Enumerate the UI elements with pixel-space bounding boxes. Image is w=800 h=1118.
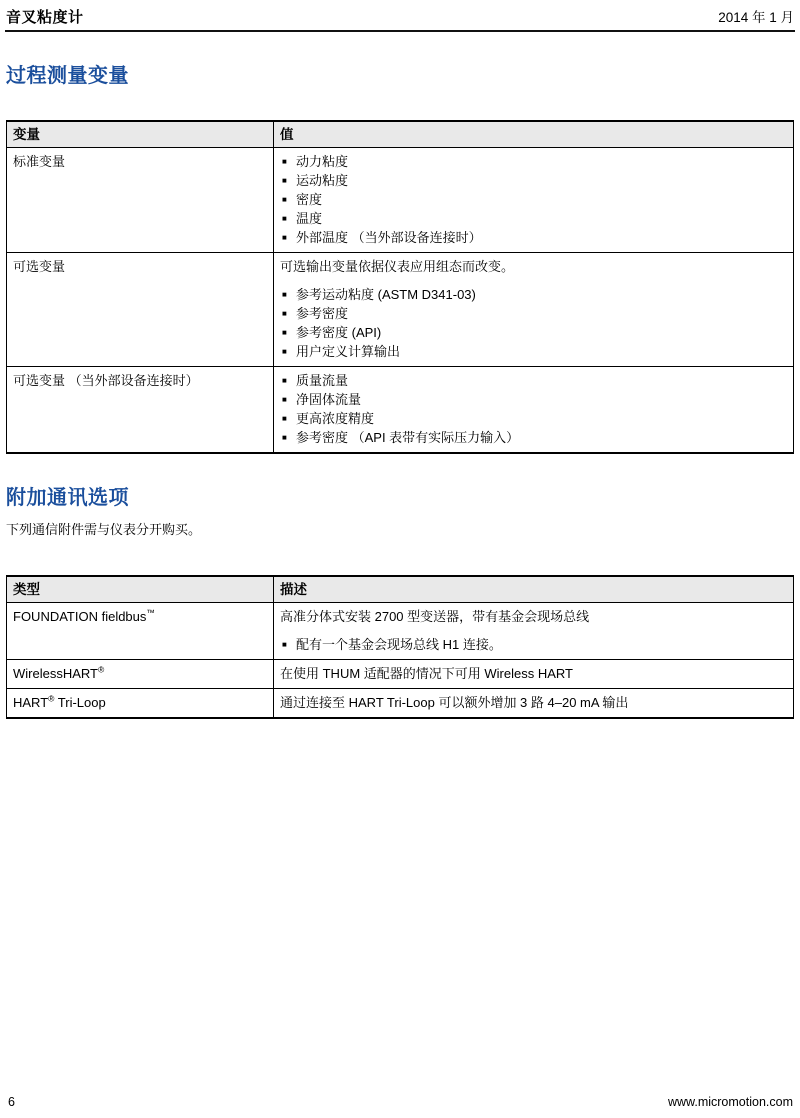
column-header-type: 类型: [7, 576, 274, 603]
bullet-square-icon: ■: [280, 409, 296, 428]
bullet-list: ■配有一个基金会现场总线 H1 连接。: [280, 635, 787, 654]
bullet-text: 动力粘度: [296, 152, 348, 171]
section-intro-text: 下列通信附件需与仪表分开购买。: [6, 519, 800, 538]
variable-cell: 可选变量: [7, 253, 274, 367]
bullet-item: ■质量流量: [280, 371, 787, 390]
value-intro-text: 可选输出变量依据仪表应用组态而改变。: [280, 257, 787, 276]
column-header-variable: 变量: [7, 121, 274, 148]
bullet-list: ■质量流量■净固体流量■更高浓度精度■参考密度 （API 表带有实际压力输入）: [280, 371, 787, 447]
document-date: 2014 年 1 月: [718, 6, 794, 26]
table-row: 标准变量 ■动力粘度■运动粘度■密度■温度■外部温度 （当外部设备连接时）: [7, 148, 794, 253]
bullet-text: 质量流量: [296, 371, 348, 390]
bullet-item: ■动力粘度: [280, 152, 787, 171]
bullet-square-icon: ■: [280, 635, 296, 654]
page-footer: 6 www.micromotion.com: [8, 1095, 793, 1109]
type-cell: WirelessHART®: [7, 660, 274, 689]
section-title-communication-options: 附加通讯选项: [6, 481, 800, 510]
bullet-square-icon: ■: [280, 152, 296, 171]
variable-cell: 可选变量 （当外部设备连接时）: [7, 367, 274, 454]
communication-options-table: 类型 描述 FOUNDATION fieldbus™ 高准分体式安装 2700 …: [6, 575, 794, 719]
bullet-item: ■用户定义计算输出: [280, 342, 787, 361]
table-row: WirelessHART® 在使用 THUM 适配器的情况下可用 Wireles…: [7, 660, 794, 689]
variable-cell: 标准变量: [7, 148, 274, 253]
bullet-text: 运动粘度: [296, 171, 348, 190]
bullet-text: 参考运动粘度 (ASTM D341-03): [296, 285, 476, 304]
description-cell: 在使用 THUM 适配器的情况下可用 Wireless HART: [274, 660, 794, 689]
bullet-item: ■参考密度: [280, 304, 787, 323]
bullet-text: 密度: [296, 190, 322, 209]
column-header-value: 值: [274, 121, 794, 148]
bullet-text: 更高浓度精度: [296, 409, 374, 428]
process-variables-table: 变量 值 标准变量 ■动力粘度■运动粘度■密度■温度■外部温度 （当外部设备连接…: [6, 120, 794, 454]
bullet-item: ■密度: [280, 190, 787, 209]
type-cell: HART® Tri-Loop: [7, 689, 274, 719]
page-number: 6: [8, 1095, 15, 1109]
bullet-square-icon: ■: [280, 285, 296, 304]
bullet-text: 净固体流量: [296, 390, 361, 409]
type-cell: FOUNDATION fieldbus™: [7, 603, 274, 660]
registered-icon: ®: [98, 665, 104, 675]
bullet-square-icon: ■: [280, 342, 296, 361]
trademark-icon: ™: [146, 608, 155, 618]
bullet-item: ■运动粘度: [280, 171, 787, 190]
description-cell: 高准分体式安装 2700 型变送器，带有基金会现场总线 ■配有一个基金会现场总线…: [274, 603, 794, 660]
table-row: FOUNDATION fieldbus™ 高准分体式安装 2700 型变送器，带…: [7, 603, 794, 660]
bullet-item: ■温度: [280, 209, 787, 228]
bullet-text: 参考密度 （API 表带有实际压力输入）: [296, 428, 519, 447]
table-row: 可选变量 可选输出变量依据仪表应用组态而改变。 ■参考运动粘度 (ASTM D3…: [7, 253, 794, 367]
bullet-item: ■参考密度 （API 表带有实际压力输入）: [280, 428, 787, 447]
bullet-square-icon: ■: [280, 428, 296, 447]
table-header-row: 变量 值: [7, 121, 794, 148]
bullet-item: ■净固体流量: [280, 390, 787, 409]
bullet-list: ■参考运动粘度 (ASTM D341-03)■参考密度■参考密度 (API)■用…: [280, 285, 787, 361]
bullet-item: ■更高浓度精度: [280, 409, 787, 428]
bullet-square-icon: ■: [280, 190, 296, 209]
bullet-square-icon: ■: [280, 171, 296, 190]
bullet-item: ■参考密度 (API): [280, 323, 787, 342]
bullet-text: 用户定义计算输出: [296, 342, 400, 361]
bullet-text: 参考密度: [296, 304, 348, 323]
bullet-item: ■参考运动粘度 (ASTM D341-03): [280, 285, 787, 304]
page-header: 音叉粘度计 2014 年 1 月: [5, 0, 795, 32]
bullet-text: 参考密度 (API): [296, 323, 381, 342]
footer-url-link[interactable]: www.micromotion.com: [668, 1095, 793, 1109]
value-cell: ■质量流量■净固体流量■更高浓度精度■参考密度 （API 表带有实际压力输入）: [274, 367, 794, 454]
bullet-list: ■动力粘度■运动粘度■密度■温度■外部温度 （当外部设备连接时）: [280, 152, 787, 247]
description-text: 高准分体式安装 2700 型变送器，带有基金会现场总线: [280, 607, 787, 626]
section-title-process-variables: 过程测量变量: [6, 59, 800, 88]
bullet-text: 配有一个基金会现场总线 H1 连接。: [296, 635, 502, 654]
bullet-text: 温度: [296, 209, 322, 228]
bullet-square-icon: ■: [280, 228, 296, 247]
bullet-item: ■配有一个基金会现场总线 H1 连接。: [280, 635, 787, 654]
table-row: 可选变量 （当外部设备连接时） ■质量流量■净固体流量■更高浓度精度■参考密度 …: [7, 367, 794, 454]
bullet-square-icon: ■: [280, 371, 296, 390]
description-text: 在使用 THUM 适配器的情况下可用 Wireless HART: [280, 664, 787, 683]
bullet-square-icon: ■: [280, 209, 296, 228]
column-header-description: 描述: [274, 576, 794, 603]
document-title: 音叉粘度计: [6, 6, 84, 27]
bullet-square-icon: ■: [280, 323, 296, 342]
description-cell: 通过连接至 HART Tri-Loop 可以额外增加 3 路 4–20 mA 输…: [274, 689, 794, 719]
bullet-square-icon: ■: [280, 390, 296, 409]
bullet-text: 外部温度 （当外部设备连接时）: [296, 228, 482, 247]
description-text: 通过连接至 HART Tri-Loop 可以额外增加 3 路 4–20 mA 输…: [280, 693, 787, 712]
bullet-square-icon: ■: [280, 304, 296, 323]
value-cell: ■动力粘度■运动粘度■密度■温度■外部温度 （当外部设备连接时）: [274, 148, 794, 253]
table-header-row: 类型 描述: [7, 576, 794, 603]
value-cell: 可选输出变量依据仪表应用组态而改变。 ■参考运动粘度 (ASTM D341-03…: [274, 253, 794, 367]
table-row: HART® Tri-Loop 通过连接至 HART Tri-Loop 可以额外增…: [7, 689, 794, 719]
bullet-item: ■外部温度 （当外部设备连接时）: [280, 228, 787, 247]
